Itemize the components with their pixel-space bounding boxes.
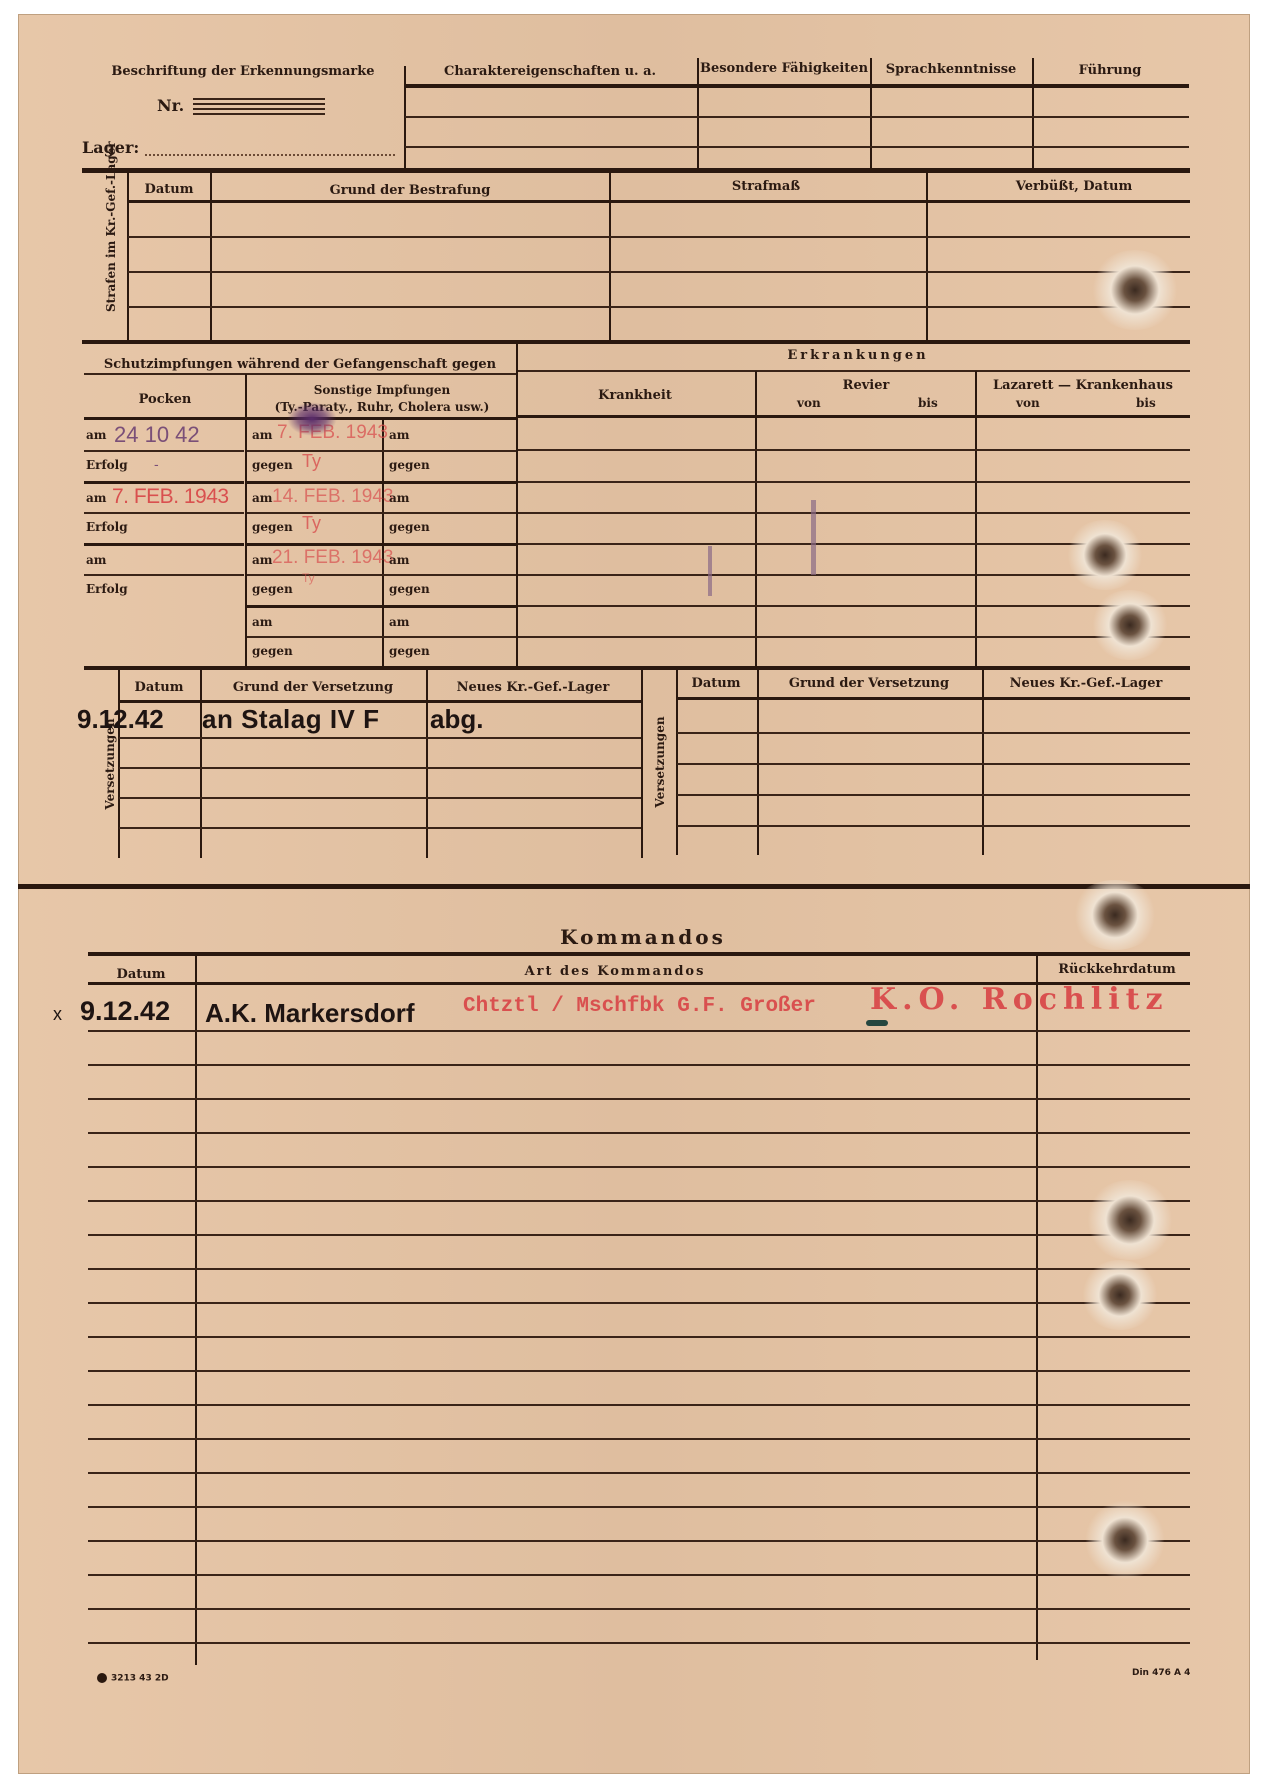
punch-hole: [1065, 520, 1145, 590]
punch-hole: [1085, 1500, 1165, 1580]
sonstige-row: gegen Ty gegen: [247, 513, 516, 543]
kommando-stamp-2: K.O. Rochlitz: [870, 982, 1169, 1017]
pocken-list: am 24 10 42 Erfolg - am 7. FEB. 1943 Erf…: [84, 420, 244, 666]
col-revier: Revier: [843, 378, 890, 393]
printer-logo-icon: [97, 1673, 107, 1683]
pocken-value: 7. FEB. 1943: [112, 485, 229, 509]
strafen-col-strafmass: Strafmaß: [732, 179, 800, 194]
sonstige-row: gegen Ty gegen: [247, 451, 516, 481]
col-faehigkeiten: Besondere Fähigkeiten: [700, 61, 868, 76]
col-krankheit: Krankheit: [598, 388, 672, 403]
din-format: Din 476 A 4: [1132, 1668, 1190, 1678]
kommando-datum: 9.12.42: [80, 996, 170, 1027]
kommandos-title: Kommandos: [560, 925, 726, 949]
sonstige-row: am am: [247, 608, 516, 638]
punch-hole: [1090, 250, 1180, 330]
lager-field[interactable]: [145, 154, 395, 156]
versetzungen-side-label-right: Versetzungen: [653, 712, 667, 812]
versetzung-lager: abg.: [430, 704, 483, 735]
strafen-col-datum: Datum: [145, 182, 194, 197]
vers-left-col-grund: Grund der Versetzung: [233, 680, 393, 695]
kommando-art-stamp: Chtztl / Mschfbk G.F. Großer: [463, 995, 816, 1018]
pocken-row: Erfolg: [84, 575, 244, 605]
pocken-row: Erfolg: [84, 513, 244, 543]
sonstige-row: am 21. FEB. 1943 am: [247, 546, 516, 576]
col-sprachkenntnisse: Sprachkenntnisse: [886, 62, 1017, 77]
sonstige-row: gegen Ty gegen: [247, 575, 516, 605]
kommandos-col-datum: Datum: [117, 967, 166, 982]
pocken-row: am 24 10 42: [84, 420, 244, 451]
punch-hole: [1070, 880, 1160, 950]
kommando-marker: x: [53, 1004, 62, 1025]
print-code: 3213 43 2D: [97, 1673, 169, 1684]
sonstige-row: gegen gegen: [247, 637, 516, 667]
nr-label: Nr.: [157, 96, 184, 115]
col-lazarett: Lazarett — Krankenhaus: [993, 378, 1173, 393]
vers-right-col-grund: Grund der Versetzung: [789, 676, 949, 691]
vers-left-col-lager: Neues Kr.-Gef.-Lager: [457, 680, 610, 695]
col-charakter: Charaktereigenschaften u. a.: [444, 64, 656, 79]
sonstige-row: am 14. FEB. 1943 am: [247, 484, 516, 514]
nr-redacted-lines: [193, 96, 325, 114]
impfungen-title: Schutzimpfungen während der Gefangenscha…: [104, 357, 496, 372]
record-card: [18, 14, 1250, 1774]
sonstige-row: am 7. FEB. 1943 am: [247, 420, 516, 450]
strafen-col-grund: Grund der Bestrafung: [330, 183, 491, 198]
pocken-header: Pocken: [139, 392, 192, 407]
punch-hole: [1080, 1260, 1160, 1330]
kommandos-col-art: Art des Kommandos: [525, 964, 706, 979]
pocken-row: am 7. FEB. 1943: [84, 484, 244, 514]
vers-right-col-datum: Datum: [692, 676, 741, 691]
col-fuehrung: Führung: [1079, 63, 1142, 78]
ink-spot: [866, 1020, 888, 1026]
vers-left-col-datum: Datum: [135, 680, 184, 695]
pocken-row: Erfolg -: [84, 451, 244, 481]
pencil-mark: [708, 546, 712, 596]
versetzung-datum: 9.12.42: [77, 704, 164, 735]
ink-blot: [287, 402, 337, 436]
pencil-mark: [811, 500, 816, 575]
strafen-col-verbuesst: Verbüßt, Datum: [1016, 179, 1132, 194]
strafen-side-label: Strafen im Kr.-Gef.-Lager: [104, 202, 118, 312]
punch-hole: [1085, 1180, 1175, 1260]
tag-title: Beschriftung der Erkennungsmarke: [111, 64, 374, 79]
pocken-row: am: [84, 546, 244, 576]
vers-right-col-lager: Neues Kr.-Gef.-Lager: [1010, 676, 1163, 691]
versetzung-grund: an Stalag IV F: [202, 704, 380, 735]
sonstige-header-1: Sonstige Impfungen: [314, 383, 451, 397]
kommandos-col-rueckkehr: Rückkehrdatum: [1058, 962, 1175, 977]
erkrankungen-title: Erkrankungen: [787, 348, 928, 363]
kommando-art-typed: A.K. Markersdorf: [205, 998, 415, 1029]
sonstige-list: am 7. FEB. 1943 am gegen Ty gegen am 14.…: [247, 420, 516, 668]
pocken-value: 24 10 42: [114, 422, 200, 448]
punch-hole: [1090, 590, 1170, 660]
